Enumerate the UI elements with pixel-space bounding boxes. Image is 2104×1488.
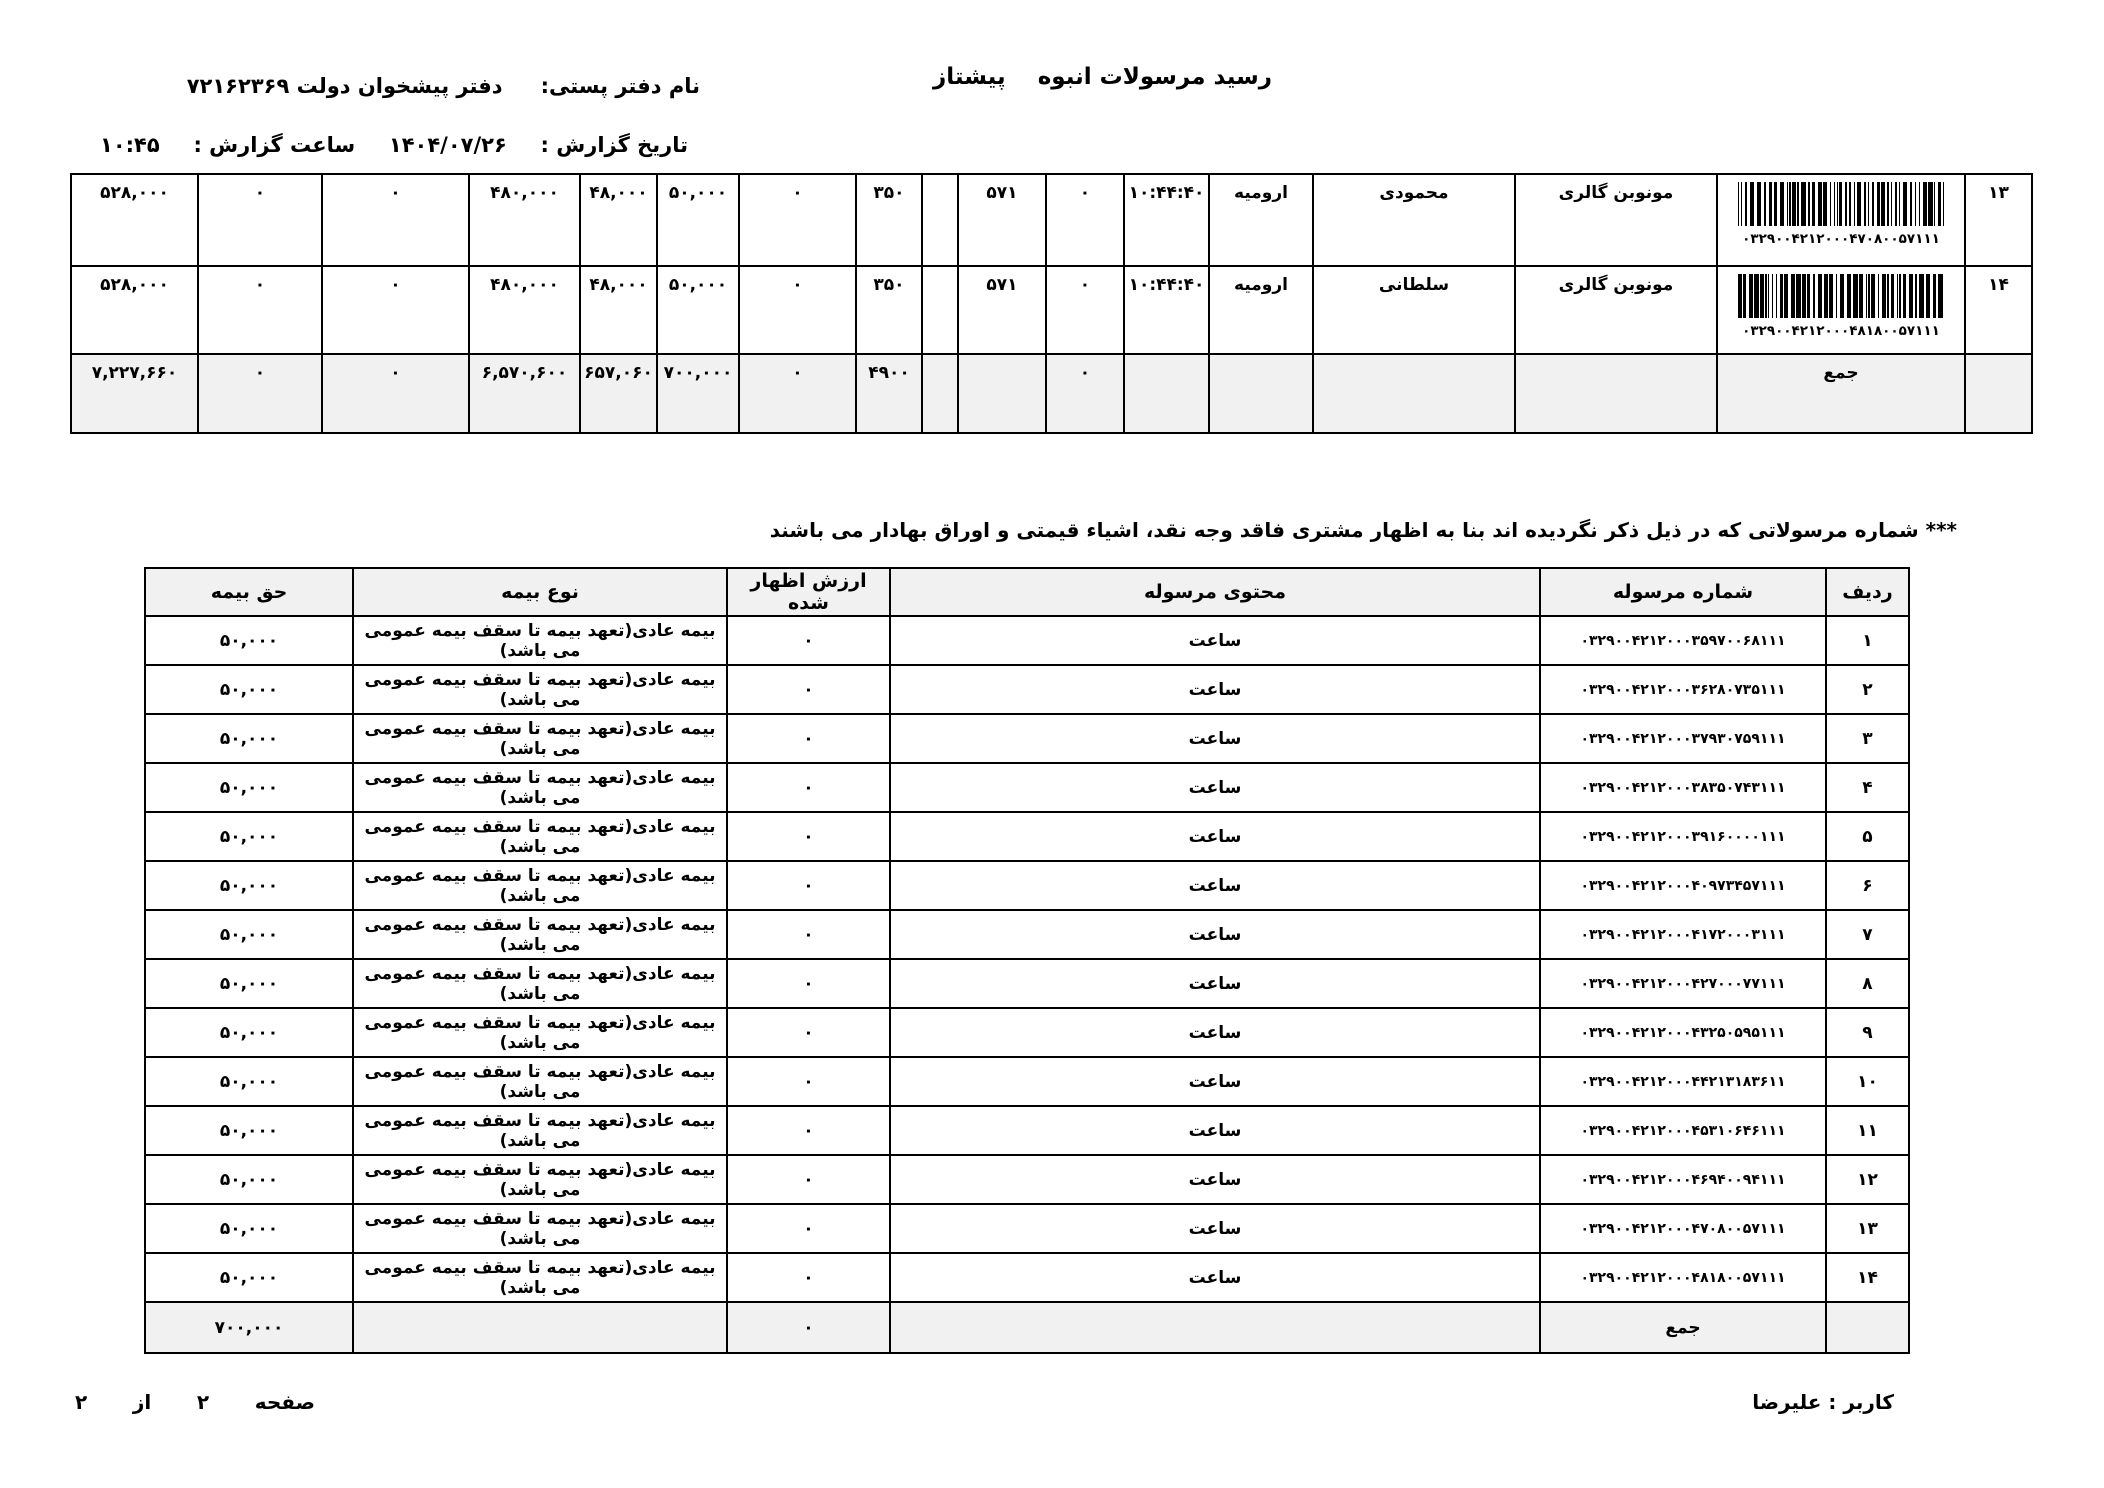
insurance-row: ۲۰۳۲۹۰۰۴۲۱۲۰۰۰۳۶۲۸۰۷۳۵۱۱۱ساعت۰بیمه عادی(… bbox=[145, 665, 1909, 714]
insurance-fee-cell: ۵۰,۰۰۰ bbox=[145, 1106, 353, 1155]
insurance-type-cell: بیمه عادی(تعهد بیمه تا سقف بیمه عمومی می… bbox=[353, 861, 727, 910]
barcode-image bbox=[1738, 274, 1944, 318]
mail-table: ۱۳۰۳۲۹۰۰۴۲۱۲۰۰۰۴۷۰۸۰۰۵۷۱۱۱مونوبن گالریمح… bbox=[70, 173, 2033, 434]
value-cell: ۴۸۰,۰۰۰ bbox=[469, 174, 580, 266]
value-cell: ۵۷۱ bbox=[958, 266, 1046, 354]
insurance-type-cell: بیمه عادی(تعهد بیمه تا سقف بیمه عمومی می… bbox=[353, 665, 727, 714]
tracking-number-cell: ۰۳۲۹۰۰۴۲۱۲۰۰۰۳۸۳۵۰۷۴۳۱۱۱ bbox=[1540, 763, 1826, 812]
value-cell: ۴۸,۰۰۰ bbox=[580, 174, 657, 266]
content-cell: ساعت bbox=[890, 1204, 1540, 1253]
insurance-sum-row: جمع۰۷۰۰,۰۰۰ bbox=[145, 1302, 1909, 1353]
insurance-row: ۴۰۳۲۹۰۰۴۲۱۲۰۰۰۳۸۳۵۰۷۴۳۱۱۱ساعت۰بیمه عادی(… bbox=[145, 763, 1909, 812]
row-number-cell bbox=[1965, 354, 2032, 433]
declared-value-cell: ۰ bbox=[727, 910, 890, 959]
recipient-cell bbox=[1313, 354, 1515, 433]
value-cell: ۰ bbox=[322, 266, 469, 354]
declared-value-cell: ۰ bbox=[727, 1253, 890, 1302]
declared-value-cell: ۰ bbox=[727, 1057, 890, 1106]
value-cell: ۴۸۰,۰۰۰ bbox=[469, 266, 580, 354]
report-date-value: ۱۴۰۴/۰۷/۲۶ bbox=[389, 133, 507, 157]
insurance-row: ۱۴۰۳۲۹۰۰۴۲۱۲۰۰۰۴۸۱۸۰۰۵۷۱۱۱ساعت۰بیمه عادی… bbox=[145, 1253, 1909, 1302]
declared-value-cell: ۰ bbox=[727, 1008, 890, 1057]
value-cell: ۰ bbox=[1046, 174, 1124, 266]
content-cell: ساعت bbox=[890, 665, 1540, 714]
value-cell: ۳۵۰ bbox=[856, 174, 922, 266]
recipient-cell: محمودی bbox=[1313, 174, 1515, 266]
tracking-number-cell: ۰۳۲۹۰۰۴۲۱۲۰۰۰۴۵۳۱۰۶۴۶۱۱۱ bbox=[1540, 1106, 1826, 1155]
insurance-fee-cell: ۷۰۰,۰۰۰ bbox=[145, 1302, 353, 1353]
row-number-cell: ۴ bbox=[1826, 763, 1909, 812]
tracking-number-cell: ۰۳۲۹۰۰۴۲۱۲۰۰۰۴۷۰۸۰۰۵۷۱۱۱ bbox=[1540, 1204, 1826, 1253]
insurance-fee-cell: ۵۰,۰۰۰ bbox=[145, 1204, 353, 1253]
city-cell bbox=[1209, 354, 1313, 433]
insurance-row: ۱۰۰۳۲۹۰۰۴۲۱۲۰۰۰۴۴۲۱۳۱۸۳۶۱۱ساعت۰بیمه عادی… bbox=[145, 1057, 1909, 1106]
report-date-label: تاریخ گزارش : bbox=[541, 133, 688, 157]
insurance-fee-cell: ۵۰,۰۰۰ bbox=[145, 616, 353, 665]
row-number-cell: ۱۲ bbox=[1826, 1155, 1909, 1204]
tracking-number-cell: ۰۳۲۹۰۰۴۲۱۲۰۰۰۴۲۷۰۰۰۷۷۱۱۱ bbox=[1540, 959, 1826, 1008]
tracking-number-cell: ۰۳۲۹۰۰۴۲۱۲۰۰۰۳۷۹۳۰۷۵۹۱۱۱ bbox=[1540, 714, 1826, 763]
row-number-cell: ۹ bbox=[1826, 1008, 1909, 1057]
report-time-value: ۱۰:۴۵ bbox=[100, 133, 160, 157]
sender-cell: مونوبن گالری bbox=[1515, 266, 1717, 354]
value-cell: ۵۲۸,۰۰۰ bbox=[71, 266, 198, 354]
content-cell: ساعت bbox=[890, 616, 1540, 665]
barcode-cell: ۰۳۲۹۰۰۴۲۱۲۰۰۰۴۷۰۸۰۰۵۷۱۱۱ bbox=[1717, 174, 1965, 266]
row-number-cell: ۱۰ bbox=[1826, 1057, 1909, 1106]
value-cell: ۰ bbox=[198, 266, 322, 354]
declared-value-cell: ۰ bbox=[727, 959, 890, 1008]
insurance-column-header: شماره مرسوله bbox=[1540, 568, 1826, 616]
city-cell: ارومیه bbox=[1209, 266, 1313, 354]
insurance-fee-cell: ۵۰,۰۰۰ bbox=[145, 1057, 353, 1106]
value-cell: ۰ bbox=[198, 354, 322, 433]
value-cell: ۶۵۷,۰۶۰ bbox=[580, 354, 657, 433]
page-total: ۲ bbox=[75, 1390, 87, 1414]
insurance-fee-cell: ۵۰,۰۰۰ bbox=[145, 1008, 353, 1057]
barcode-cell: ۰۳۲۹۰۰۴۲۱۲۰۰۰۴۸۱۸۰۰۵۷۱۱۱ bbox=[1717, 266, 1965, 354]
declared-value-cell: ۰ bbox=[727, 1106, 890, 1155]
insurance-type-cell bbox=[353, 1302, 727, 1353]
post-office-label: نام دفتر پستی: bbox=[541, 74, 700, 98]
insurance-fee-cell: ۵۰,۰۰۰ bbox=[145, 1155, 353, 1204]
row-number-cell: ۱۴ bbox=[1965, 266, 2032, 354]
insurance-type-cell: بیمه عادی(تعهد بیمه تا سقف بیمه عمومی می… bbox=[353, 1204, 727, 1253]
value-cell: ۳۵۰ bbox=[856, 266, 922, 354]
value-cell bbox=[922, 354, 958, 433]
insurance-fee-cell: ۵۰,۰۰۰ bbox=[145, 1253, 353, 1302]
insurance-row: ۱۱۰۳۲۹۰۰۴۲۱۲۰۰۰۴۵۳۱۰۶۴۶۱۱۱ساعت۰بیمه عادی… bbox=[145, 1106, 1909, 1155]
value-cell: ۰ bbox=[739, 354, 856, 433]
insurance-header-row: ردیفشماره مرسولهمحتوی مرسولهارزش اظهار ش… bbox=[145, 568, 1909, 616]
insurance-type-cell: بیمه عادی(تعهد بیمه تا سقف بیمه عمومی می… bbox=[353, 714, 727, 763]
insurance-column-header: ارزش اظهار شده bbox=[727, 568, 890, 616]
post-office-value: دفتر پیشخوان دولت ۷۲۱۶۲۳۶۹ bbox=[187, 74, 503, 98]
value-cell: ۰ bbox=[1046, 354, 1124, 433]
value-cell: ۵۰,۰۰۰ bbox=[657, 174, 739, 266]
value-cell: ۵۰,۰۰۰ bbox=[657, 266, 739, 354]
declared-value-cell: ۰ bbox=[727, 1204, 890, 1253]
insurance-type-cell: بیمه عادی(تعهد بیمه تا سقف بیمه عمومی می… bbox=[353, 1057, 727, 1106]
insurance-fee-cell: ۵۰,۰۰۰ bbox=[145, 812, 353, 861]
tracking-number-cell: ۰۳۲۹۰۰۴۲۱۲۰۰۰۴۸۱۸۰۰۵۷۱۱۱ bbox=[1540, 1253, 1826, 1302]
insurance-row: ۸۰۳۲۹۰۰۴۲۱۲۰۰۰۴۲۷۰۰۰۷۷۱۱۱ساعت۰بیمه عادی(… bbox=[145, 959, 1909, 1008]
insurance-type-cell: بیمه عادی(تعهد بیمه تا سقف بیمه عمومی می… bbox=[353, 1106, 727, 1155]
insurance-type-cell: بیمه عادی(تعهد بیمه تا سقف بیمه عمومی می… bbox=[353, 910, 727, 959]
insurance-fee-cell: ۵۰,۰۰۰ bbox=[145, 714, 353, 763]
content-cell: ساعت bbox=[890, 1008, 1540, 1057]
tracking-number-cell: ۰۳۲۹۰۰۴۲۱۲۰۰۰۴۳۲۵۰۵۹۵۱۱۱ bbox=[1540, 1008, 1826, 1057]
barcode-number: ۰۳۲۹۰۰۴۲۱۲۰۰۰۴۷۰۸۰۰۵۷۱۱۱ bbox=[1720, 230, 1962, 250]
value-cell bbox=[922, 174, 958, 266]
tracking-number-cell: ۰۳۲۹۰۰۴۲۱۲۰۰۰۴۴۲۱۳۱۸۳۶۱۱ bbox=[1540, 1057, 1826, 1106]
declared-value-cell: ۰ bbox=[727, 861, 890, 910]
city-cell: ارومیه bbox=[1209, 174, 1313, 266]
content-cell: ساعت bbox=[890, 1057, 1540, 1106]
recipient-cell: سلطانی bbox=[1313, 266, 1515, 354]
sum-label-cell: جمع bbox=[1540, 1302, 1826, 1353]
row-number-cell: ۶ bbox=[1826, 861, 1909, 910]
page-title: رسید مرسولات انبوه پیشتاز bbox=[933, 64, 1272, 90]
value-cell bbox=[922, 266, 958, 354]
insurance-row: ۷۰۳۲۹۰۰۴۲۱۲۰۰۰۴۱۷۲۰۰۰۳۱۱۱ساعت۰بیمه عادی(… bbox=[145, 910, 1909, 959]
insurance-type-cell: بیمه عادی(تعهد بیمه تا سقف بیمه عمومی می… bbox=[353, 616, 727, 665]
declared-value-cell: ۰ bbox=[727, 714, 890, 763]
row-number-cell: ۱۴ bbox=[1826, 1253, 1909, 1302]
insurance-type-cell: بیمه عادی(تعهد بیمه تا سقف بیمه عمومی می… bbox=[353, 1008, 727, 1057]
insurance-column-header: حق بیمه bbox=[145, 568, 353, 616]
tracking-number-cell: ۰۳۲۹۰۰۴۲۱۲۰۰۰۴۰۹۷۳۴۵۷۱۱۱ bbox=[1540, 861, 1826, 910]
sender-cell bbox=[1515, 354, 1717, 433]
page-label: صفحه bbox=[255, 1390, 315, 1414]
insurance-fee-cell: ۵۰,۰۰۰ bbox=[145, 763, 353, 812]
value-cell: ۰ bbox=[739, 266, 856, 354]
mail-table-body: ۱۳۰۳۲۹۰۰۴۲۱۲۰۰۰۴۷۰۸۰۰۵۷۱۱۱مونوبن گالریمح… bbox=[71, 174, 2032, 433]
content-cell: ساعت bbox=[890, 959, 1540, 1008]
declared-value-cell: ۰ bbox=[727, 1155, 890, 1204]
post-office-line: نام دفتر پستی: دفتر پیشخوان دولت ۷۲۱۶۲۳۶… bbox=[187, 74, 700, 98]
value-cell: ۰ bbox=[1046, 266, 1124, 354]
report-time-label: ساعت گزارش : bbox=[193, 133, 355, 157]
time-cell: ۱۰:۴۴:۴۰ bbox=[1124, 174, 1209, 266]
insurance-row: ۳۰۳۲۹۰۰۴۲۱۲۰۰۰۳۷۹۳۰۷۵۹۱۱۱ساعت۰بیمه عادی(… bbox=[145, 714, 1909, 763]
content-cell: ساعت bbox=[890, 861, 1540, 910]
mail-sum-row: جمع۰۴۹۰۰۰۷۰۰,۰۰۰۶۵۷,۰۶۰۶,۵۷۰,۶۰۰۰۰۷,۲۲۷,… bbox=[71, 354, 2032, 433]
insurance-note: *** شماره مرسولاتی که در ذیل ذکر نگردیده… bbox=[770, 518, 1957, 542]
insurance-table: ردیفشماره مرسولهمحتوی مرسولهارزش اظهار ش… bbox=[144, 567, 1910, 1354]
insurance-type-cell: بیمه عادی(تعهد بیمه تا سقف بیمه عمومی می… bbox=[353, 763, 727, 812]
insurance-fee-cell: ۵۰,۰۰۰ bbox=[145, 665, 353, 714]
footer-page-indicator: صفحه ۲ از ۲ bbox=[75, 1390, 315, 1414]
value-cell: ۶,۵۷۰,۶۰۰ bbox=[469, 354, 580, 433]
content-cell: ساعت bbox=[890, 812, 1540, 861]
content-cell: ساعت bbox=[890, 1155, 1540, 1204]
insurance-row: ۱۳۰۳۲۹۰۰۴۲۱۲۰۰۰۴۷۰۸۰۰۵۷۱۱۱ساعت۰بیمه عادی… bbox=[145, 1204, 1909, 1253]
value-cell: ۴۸,۰۰۰ bbox=[580, 266, 657, 354]
content-cell: ساعت bbox=[890, 763, 1540, 812]
report-date-line: تاریخ گزارش : ۱۴۰۴/۰۷/۲۶ ساعت گزارش : ۱۰… bbox=[100, 133, 688, 157]
row-number-cell: ۱۳ bbox=[1826, 1204, 1909, 1253]
footer-user: کاربر : علیرضا bbox=[1752, 1390, 1894, 1414]
report-page: { "header": { "title": "رسید مرسولات انب… bbox=[0, 0, 2104, 1488]
tracking-number-cell: ۰۳۲۹۰۰۴۲۱۲۰۰۰۳۹۱۶۰۰۰۰۱۱۱ bbox=[1540, 812, 1826, 861]
insurance-row: ۱۰۳۲۹۰۰۴۲۱۲۰۰۰۳۵۹۷۰۰۶۸۱۱۱ساعت۰بیمه عادی(… bbox=[145, 616, 1909, 665]
value-cell: ۵۷۱ bbox=[958, 174, 1046, 266]
insurance-column-header: نوع بیمه bbox=[353, 568, 727, 616]
tracking-number-cell: ۰۳۲۹۰۰۴۲۱۲۰۰۰۳۵۹۷۰۰۶۸۱۱۱ bbox=[1540, 616, 1826, 665]
row-number-cell bbox=[1826, 1302, 1909, 1353]
declared-value-cell: ۰ bbox=[727, 812, 890, 861]
content-cell: ساعت bbox=[890, 910, 1540, 959]
row-number-cell: ۱ bbox=[1826, 616, 1909, 665]
value-cell: ۰ bbox=[198, 174, 322, 266]
insurance-fee-cell: ۵۰,۰۰۰ bbox=[145, 861, 353, 910]
content-cell: ساعت bbox=[890, 1253, 1540, 1302]
value-cell bbox=[958, 354, 1046, 433]
value-cell: ۵۲۸,۰۰۰ bbox=[71, 174, 198, 266]
barcode-image bbox=[1738, 182, 1944, 226]
declared-value-cell: ۰ bbox=[727, 763, 890, 812]
declared-value-cell: ۰ bbox=[727, 1302, 890, 1353]
tracking-number-cell: ۰۳۲۹۰۰۴۲۱۲۰۰۰۴۶۹۴۰۰۹۴۱۱۱ bbox=[1540, 1155, 1826, 1204]
value-cell: ۴۹۰۰ bbox=[856, 354, 922, 433]
declared-value-cell: ۰ bbox=[727, 616, 890, 665]
insurance-row: ۹۰۳۲۹۰۰۴۲۱۲۰۰۰۴۳۲۵۰۵۹۵۱۱۱ساعت۰بیمه عادی(… bbox=[145, 1008, 1909, 1057]
insurance-type-cell: بیمه عادی(تعهد بیمه تا سقف بیمه عمومی می… bbox=[353, 959, 727, 1008]
row-number-cell: ۷ bbox=[1826, 910, 1909, 959]
tracking-number-cell: ۰۳۲۹۰۰۴۲۱۲۰۰۰۴۱۷۲۰۰۰۳۱۱۱ bbox=[1540, 910, 1826, 959]
value-cell: ۰ bbox=[322, 174, 469, 266]
tracking-number-cell: ۰۳۲۹۰۰۴۲۱۲۰۰۰۳۶۲۸۰۷۳۵۱۱۱ bbox=[1540, 665, 1826, 714]
value-cell: ۷,۲۲۷,۶۶۰ bbox=[71, 354, 198, 433]
row-number-cell: ۱۳ bbox=[1965, 174, 2032, 266]
time-cell bbox=[1124, 354, 1209, 433]
insurance-type-cell: بیمه عادی(تعهد بیمه تا سقف بیمه عمومی می… bbox=[353, 1253, 727, 1302]
mail-row: ۱۳۰۳۲۹۰۰۴۲۱۲۰۰۰۴۷۰۸۰۰۵۷۱۱۱مونوبن گالریمح… bbox=[71, 174, 2032, 266]
insurance-row: ۱۲۰۳۲۹۰۰۴۲۱۲۰۰۰۴۶۹۴۰۰۹۴۱۱۱ساعت۰بیمه عادی… bbox=[145, 1155, 1909, 1204]
insurance-type-cell: بیمه عادی(تعهد بیمه تا سقف بیمه عمومی می… bbox=[353, 1155, 727, 1204]
row-number-cell: ۵ bbox=[1826, 812, 1909, 861]
sum-label-cell: جمع bbox=[1717, 354, 1965, 433]
value-cell: ۷۰۰,۰۰۰ bbox=[657, 354, 739, 433]
row-number-cell: ۲ bbox=[1826, 665, 1909, 714]
row-number-cell: ۳ bbox=[1826, 714, 1909, 763]
sender-cell: مونوبن گالری bbox=[1515, 174, 1717, 266]
page-of-label: از bbox=[133, 1390, 151, 1414]
insurance-row: ۵۰۳۲۹۰۰۴۲۱۲۰۰۰۳۹۱۶۰۰۰۰۱۱۱ساعت۰بیمه عادی(… bbox=[145, 812, 1909, 861]
time-cell: ۱۰:۴۴:۴۰ bbox=[1124, 266, 1209, 354]
value-cell: ۰ bbox=[739, 174, 856, 266]
insurance-table-body: ۱۰۳۲۹۰۰۴۲۱۲۰۰۰۳۵۹۷۰۰۶۸۱۱۱ساعت۰بیمه عادی(… bbox=[145, 616, 1909, 1353]
insurance-column-header: محتوی مرسوله bbox=[890, 568, 1540, 616]
page-current: ۲ bbox=[197, 1390, 209, 1414]
value-cell: ۰ bbox=[322, 354, 469, 433]
declared-value-cell: ۰ bbox=[727, 665, 890, 714]
content-cell: ساعت bbox=[890, 714, 1540, 763]
insurance-row: ۶۰۳۲۹۰۰۴۲۱۲۰۰۰۴۰۹۷۳۴۵۷۱۱۱ساعت۰بیمه عادی(… bbox=[145, 861, 1909, 910]
insurance-fee-cell: ۵۰,۰۰۰ bbox=[145, 910, 353, 959]
content-cell bbox=[890, 1302, 1540, 1353]
barcode-number: ۰۳۲۹۰۰۴۲۱۲۰۰۰۴۸۱۸۰۰۵۷۱۱۱ bbox=[1720, 322, 1962, 342]
content-cell: ساعت bbox=[890, 1106, 1540, 1155]
insurance-type-cell: بیمه عادی(تعهد بیمه تا سقف بیمه عمومی می… bbox=[353, 812, 727, 861]
row-number-cell: ۱۱ bbox=[1826, 1106, 1909, 1155]
row-number-cell: ۸ bbox=[1826, 959, 1909, 1008]
mail-row: ۱۴۰۳۲۹۰۰۴۲۱۲۰۰۰۴۸۱۸۰۰۵۷۱۱۱مونوبن گالریسل… bbox=[71, 266, 2032, 354]
insurance-column-header: ردیف bbox=[1826, 568, 1909, 616]
insurance-fee-cell: ۵۰,۰۰۰ bbox=[145, 959, 353, 1008]
